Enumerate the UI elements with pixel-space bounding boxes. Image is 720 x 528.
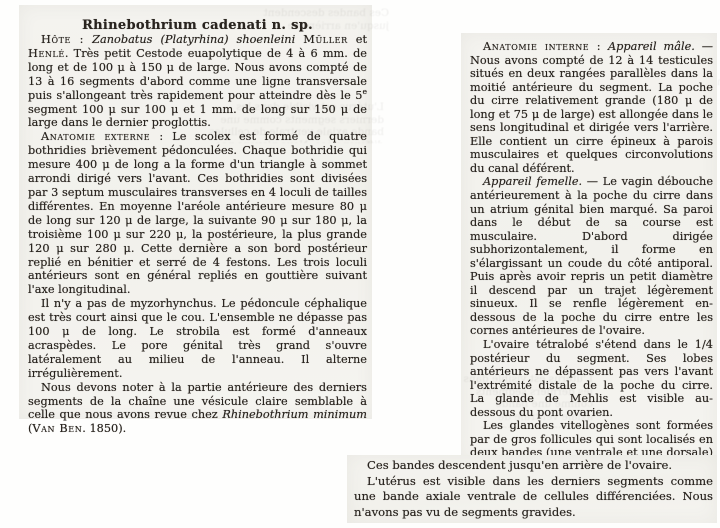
- paragraph-anatomie-externe: Anatomie externe : Le scolex est formé d…: [28, 130, 367, 297]
- citation-author: Van Ben: [32, 422, 82, 435]
- bottom-scan: Ces bandes descendent jusqu'en arrière d…: [347, 455, 717, 523]
- host-description: . Très petit Cestode euapolytique de 4 à…: [28, 47, 367, 102]
- paragraph-host: Hôte : Zanobatus (Platyrhina) shoenleini…: [28, 33, 367, 130]
- paragraph-bandes: Ces bandes descendent jusqu'en arrière d…: [354, 458, 713, 474]
- section-label-anatomie-interne: Anatomie interne :: [483, 40, 601, 53]
- host-authority-et: et: [356, 33, 367, 46]
- article-title: Rhinebothrium cadenati n. sp.: [28, 18, 367, 33]
- referenced-species-name: Rhinebothrium minimum: [222, 408, 367, 421]
- host-authority-1: Müller: [303, 33, 347, 46]
- ordinal-superscript: e: [362, 87, 367, 96]
- host-label: Hôte :: [41, 33, 84, 46]
- paragraph-note-vesicule: Nous devons noter à la partie antérieure…: [28, 381, 367, 437]
- subsection-appareil-male: Appareil mâle. —: [608, 40, 713, 53]
- host-description-cont: segment 100 μ sur 100 μ et 1 mm. de long…: [28, 103, 367, 130]
- host-species-name: Zanobatus (Platyrhina) shoenleini: [92, 33, 295, 46]
- section-label-anatomie-externe: Anatomie externe :: [41, 130, 164, 143]
- paragraph-appareil-femelle: Appareil femelle. — Le vagin débouche an…: [470, 175, 713, 338]
- paragraph-ovaire: L'ovaire tétralobé s'étend dans le 1/4 p…: [470, 338, 713, 419]
- paragraph-uterus: L'utérus est visible dans les derniers s…: [354, 474, 713, 521]
- appareil-femelle-text: Le vagin débouche antérieurement à la po…: [470, 175, 713, 337]
- citation-year: . 1850).: [82, 422, 126, 435]
- paragraph-myzorhynchus: Il n'y a pas de myzorhynchus. Le pédoncu…: [28, 297, 367, 380]
- right-column-scan: Ces bandes descendent jusqu'en arrière d…: [461, 33, 717, 462]
- subsection-appareil-femelle: Appareil femelle. —: [483, 175, 598, 188]
- paragraph-appareil-male: Anatomie interne : Appareil mâle. — Nous…: [470, 40, 713, 175]
- appareil-male-text: Nous avons compté de 12 à 14 testicules …: [470, 54, 713, 175]
- left-column-scan: Ces bandes descendent jusqu'en arrière d…: [19, 5, 372, 419]
- host-authority-2: Henlé: [28, 47, 65, 60]
- scanned-paper-page: Ces bandes descendent jusqu'en arrière d…: [0, 0, 720, 528]
- anatomie-externe-text: Le scolex est formé de quatre bothridies…: [28, 130, 367, 296]
